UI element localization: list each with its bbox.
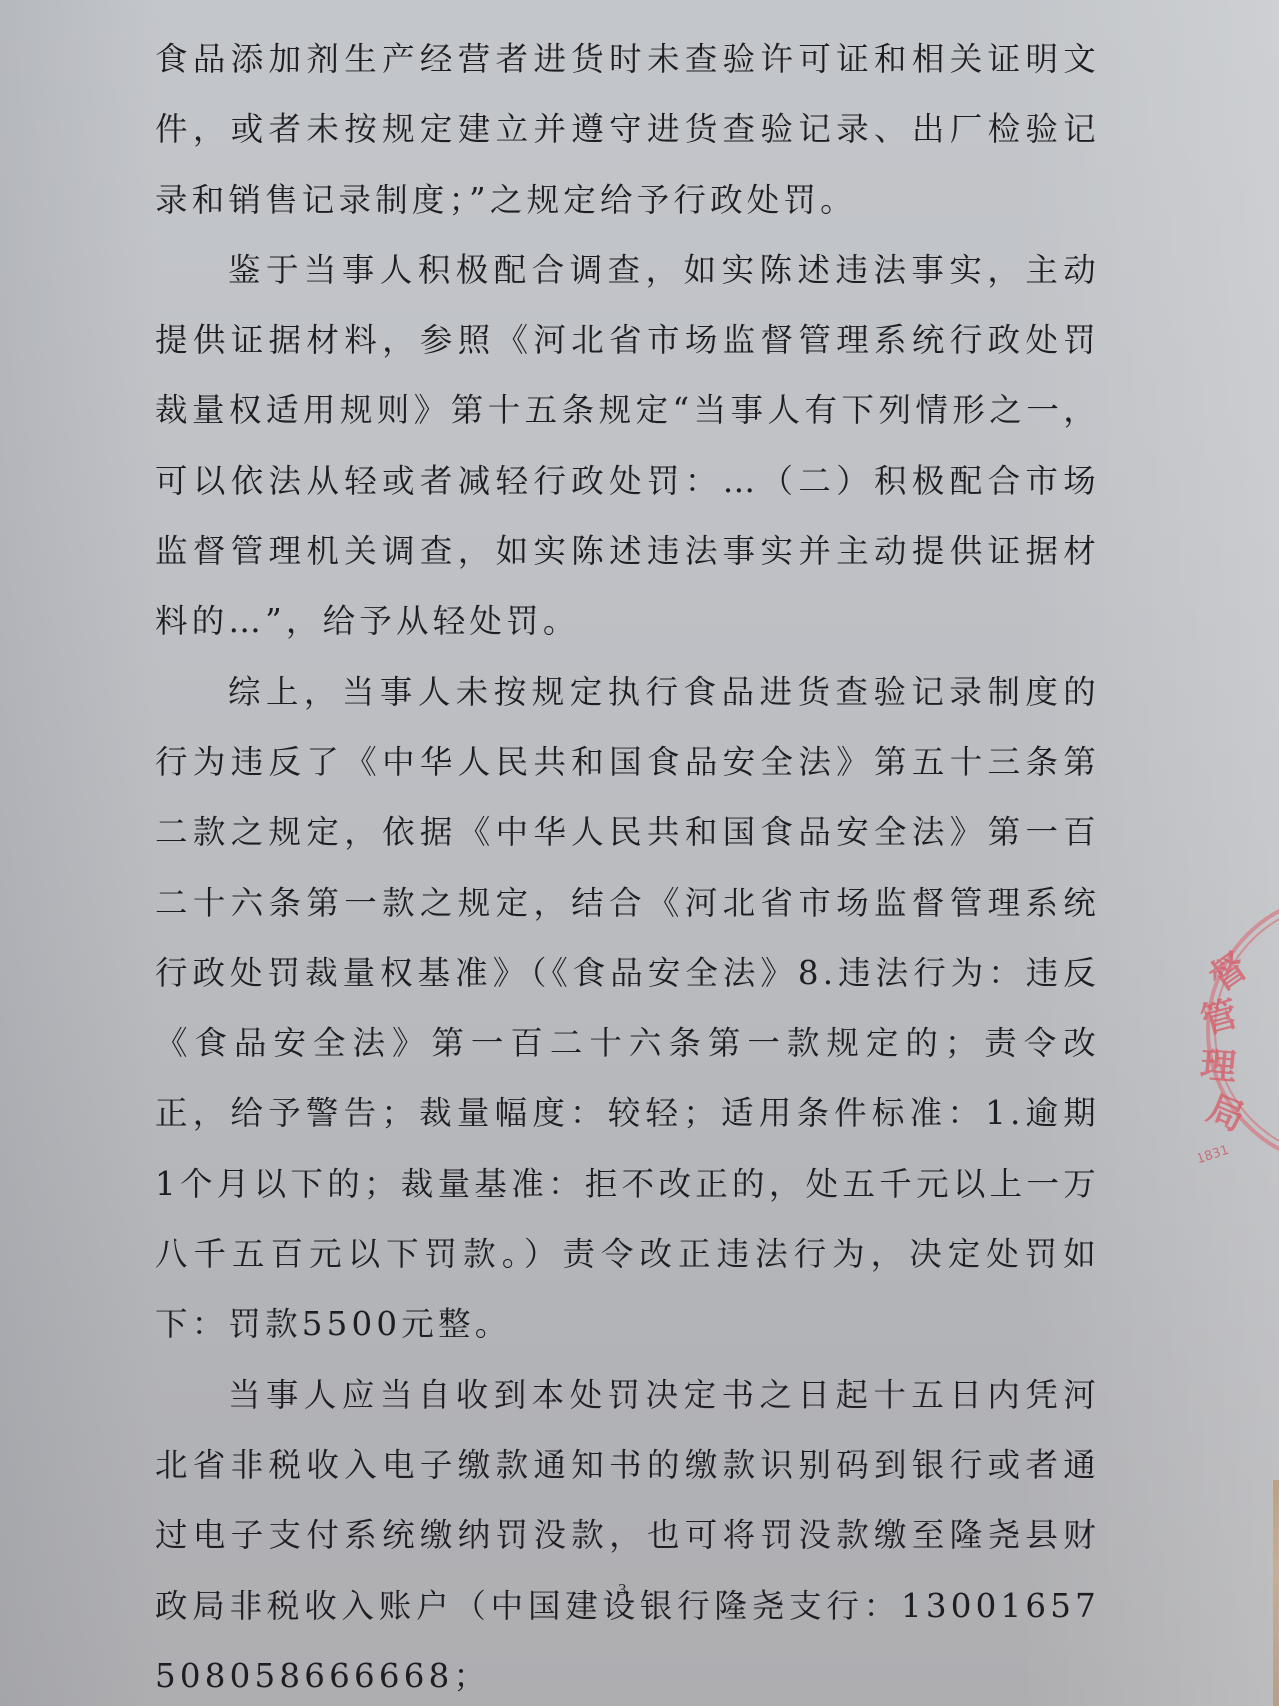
paragraph-payment-instructions: 当事人应当自收到本处罚决定书之日起十五日内凭河北省非税收入电子缴款通知书的缴款识…	[155, 1360, 1100, 1706]
document-body: 食品添加剂生产经营者进货时未查验许可证和相关证明文件，或者未按规定建立并遵守进货…	[155, 24, 1100, 1706]
page-shadow-left	[0, 0, 160, 1706]
underlying-page-edge	[1273, 1480, 1279, 1706]
seal-char: 管	[1198, 994, 1242, 1043]
paragraph-penalty-decision: 综上，当事人未按规定执行食品进货查验记录制度的行为违反了《中华人民共和国食品安全…	[155, 657, 1100, 1360]
seal-char: 理	[1199, 1045, 1238, 1089]
seal-char: 督	[1202, 945, 1255, 999]
official-seal-stamp: 督 管 理 局 1831	[1198, 880, 1279, 1170]
page-number: 3	[618, 1580, 627, 1600]
seal-serial-number: 1831	[1198, 1143, 1231, 1167]
paragraph-mitigation: 鉴于当事人积极配合调查，如实陈述违法事实，主动提供证据材料，参照《河北省市场监督…	[155, 235, 1100, 657]
paragraph-legal-basis-continuation: 食品添加剂生产经营者进货时未查验许可证和相关证明文件，或者未按规定建立并遵守进货…	[155, 24, 1100, 235]
seal-char: 局	[1201, 1088, 1250, 1140]
